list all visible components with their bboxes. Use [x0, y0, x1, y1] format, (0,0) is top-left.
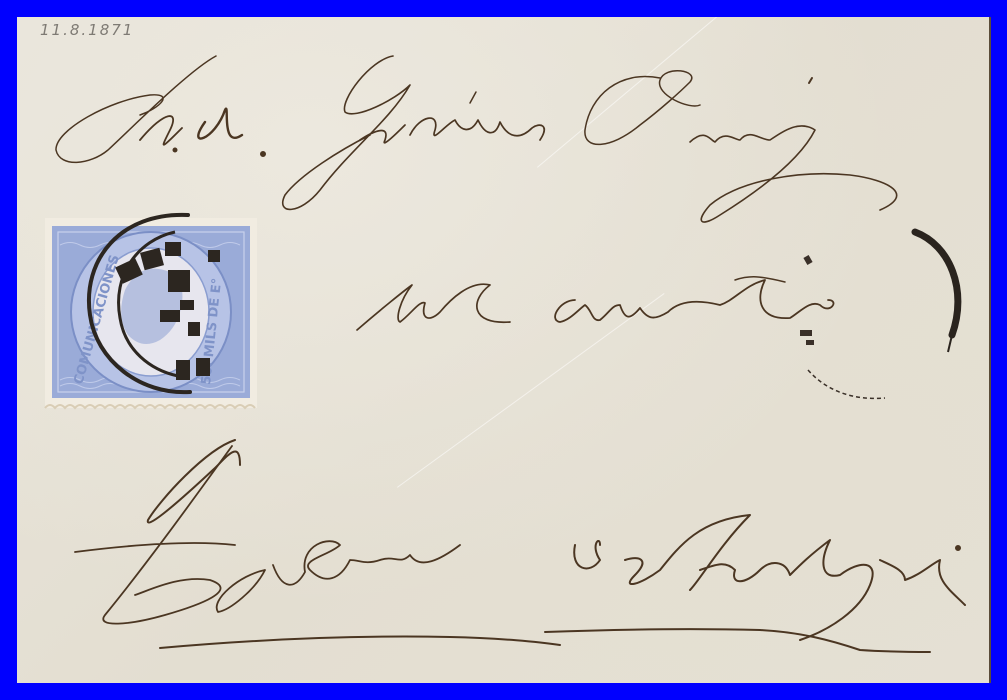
arrival-postmark: [800, 232, 958, 398]
handwriting-line-3: [75, 440, 965, 652]
postage-stamp: COMUNICACIONES 50. MILS DE E°: [45, 218, 257, 408]
envelope-artwork: COMUNICACIONES 50. MILS DE E°: [0, 0, 1007, 700]
